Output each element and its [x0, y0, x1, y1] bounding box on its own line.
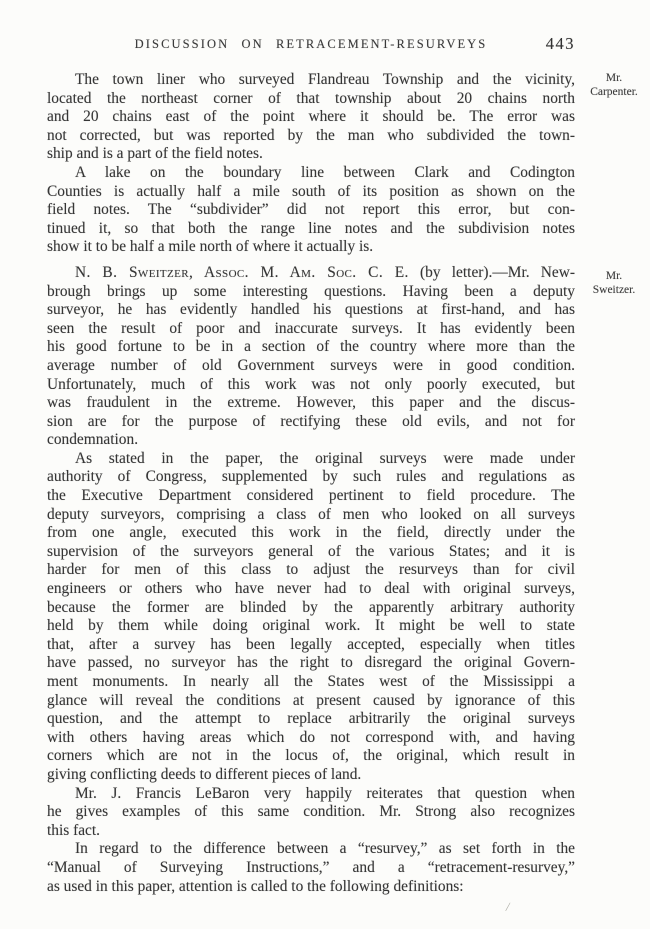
text-line: Mr. J. Francis LeBaron very happily reit… — [47, 785, 575, 804]
paragraph: In regard to the difference between a “r… — [47, 840, 575, 896]
text-line: condemnation. — [47, 431, 575, 450]
text-line: he gives examples of this same condition… — [47, 803, 575, 822]
body-text: The town liner who surveyed Flandreau To… — [47, 71, 575, 896]
text-line: this fact. — [47, 822, 575, 841]
text-line: not corrected, but was reported by the m… — [47, 127, 575, 146]
text-line: field notes. The “subdivider” did not re… — [47, 201, 575, 220]
text-line: was fraudulent in the extreme. However, … — [47, 394, 575, 413]
text-line: because the former are blinded by the ap… — [47, 599, 575, 618]
margin-note-name: Carpenter. — [580, 86, 648, 100]
text-line: and 20 chains east of the point where it… — [47, 108, 575, 127]
text-line: have passed, no surveyor has the right t… — [47, 654, 575, 673]
paragraph: The town liner who surveyed Flandreau To… — [47, 71, 575, 164]
running-header-title: DISCUSSION ON RETRACEMENT-RESURVEYS — [47, 37, 575, 52]
text-line: The town liner who surveyed Flandreau To… — [47, 71, 575, 90]
margin-note-sweitzer: Mr. Sweitzer. — [580, 270, 648, 297]
text-line: ship and is a part of the field notes. — [47, 145, 575, 164]
speaker-name-small-caps: N. B. Sweitzer, Assoc. M. Am. Soc. C. E. — [75, 264, 409, 281]
text-segment: (by letter).—Mr. New- — [409, 264, 575, 281]
text-line: average number of old Government surveys… — [47, 357, 575, 376]
text-line: seen the result of poor and inaccurate s… — [47, 320, 575, 339]
text-line: authority of Congress, supplemented by s… — [47, 468, 575, 487]
text-line: show it to be half a mile north of where… — [47, 238, 575, 257]
text-line: engineers or others who have never had t… — [47, 580, 575, 599]
text-line: “Manual of Surveying Instructions,” and … — [47, 859, 575, 878]
paragraph: N. B. Sweitzer, Assoc. M. Am. Soc. C. E.… — [47, 264, 575, 450]
book-page: DISCUSSION ON RETRACEMENT-RESURVEYS 443 … — [0, 0, 650, 929]
text-line: located the northeast corner of that tow… — [47, 90, 575, 109]
text-line: from one angle, executed this work in th… — [47, 524, 575, 543]
text-line: that, after a survey has been legally ac… — [47, 636, 575, 655]
text-line: as used in this paper, attention is call… — [47, 878, 575, 897]
text-line: giving conflicting deeds to different pi… — [47, 766, 575, 785]
text-line: tinued it, so that both the range line n… — [47, 220, 575, 239]
margin-note-speaker: Mr. — [580, 72, 648, 86]
text-line: harder for men of this class to adjust t… — [47, 561, 575, 580]
paragraph: Mr. J. Francis LeBaron very happily reit… — [47, 785, 575, 841]
text-line: deputy surveyors, comprising a class of … — [47, 506, 575, 525]
margin-note-name: Sweitzer. — [580, 284, 648, 298]
text-line: As stated in the paper, the original sur… — [47, 450, 575, 469]
text-line: the Executive Department considered pert… — [47, 487, 575, 506]
text-line: brough brings up some interesting questi… — [47, 283, 575, 302]
paragraph: A lake on the boundary line between Clar… — [47, 164, 575, 257]
text-line: ment monuments. In nearly all the States… — [47, 673, 575, 692]
text-line: held by them while doing original work. … — [47, 617, 575, 636]
scan-artifact-slash: / — [505, 899, 511, 915]
margin-note-speaker: Mr. — [580, 270, 648, 284]
text-line: surveyor, he has evidently handled his q… — [47, 301, 575, 320]
margin-note-carpenter: Mr. Carpenter. — [580, 72, 648, 99]
text-line: his good fortune to be in a section of t… — [47, 338, 575, 357]
text-line: A lake on the boundary line between Clar… — [47, 164, 575, 183]
text-line: supervision of the surveyors general of … — [47, 543, 575, 562]
page-number: 443 — [546, 34, 575, 54]
text-line: sion are for the purpose of rectifying t… — [47, 413, 575, 432]
text-line: glance will reveal the conditions at pre… — [47, 692, 575, 711]
text-line: In regard to the difference between a “r… — [47, 840, 575, 859]
text-line: N. B. Sweitzer, Assoc. M. Am. Soc. C. E.… — [47, 264, 575, 283]
text-line: with others having areas which do not co… — [47, 729, 575, 748]
text-line: Unfortunately, much of this work was not… — [47, 376, 575, 395]
text-line: corners which are not in the locus of, t… — [47, 747, 575, 766]
text-line: question, and the attempt to replace arb… — [47, 710, 575, 729]
paragraph: As stated in the paper, the original sur… — [47, 450, 575, 785]
running-header: DISCUSSION ON RETRACEMENT-RESURVEYS 443 — [47, 37, 575, 55]
text-line: Counties is actually half a mile south o… — [47, 183, 575, 202]
